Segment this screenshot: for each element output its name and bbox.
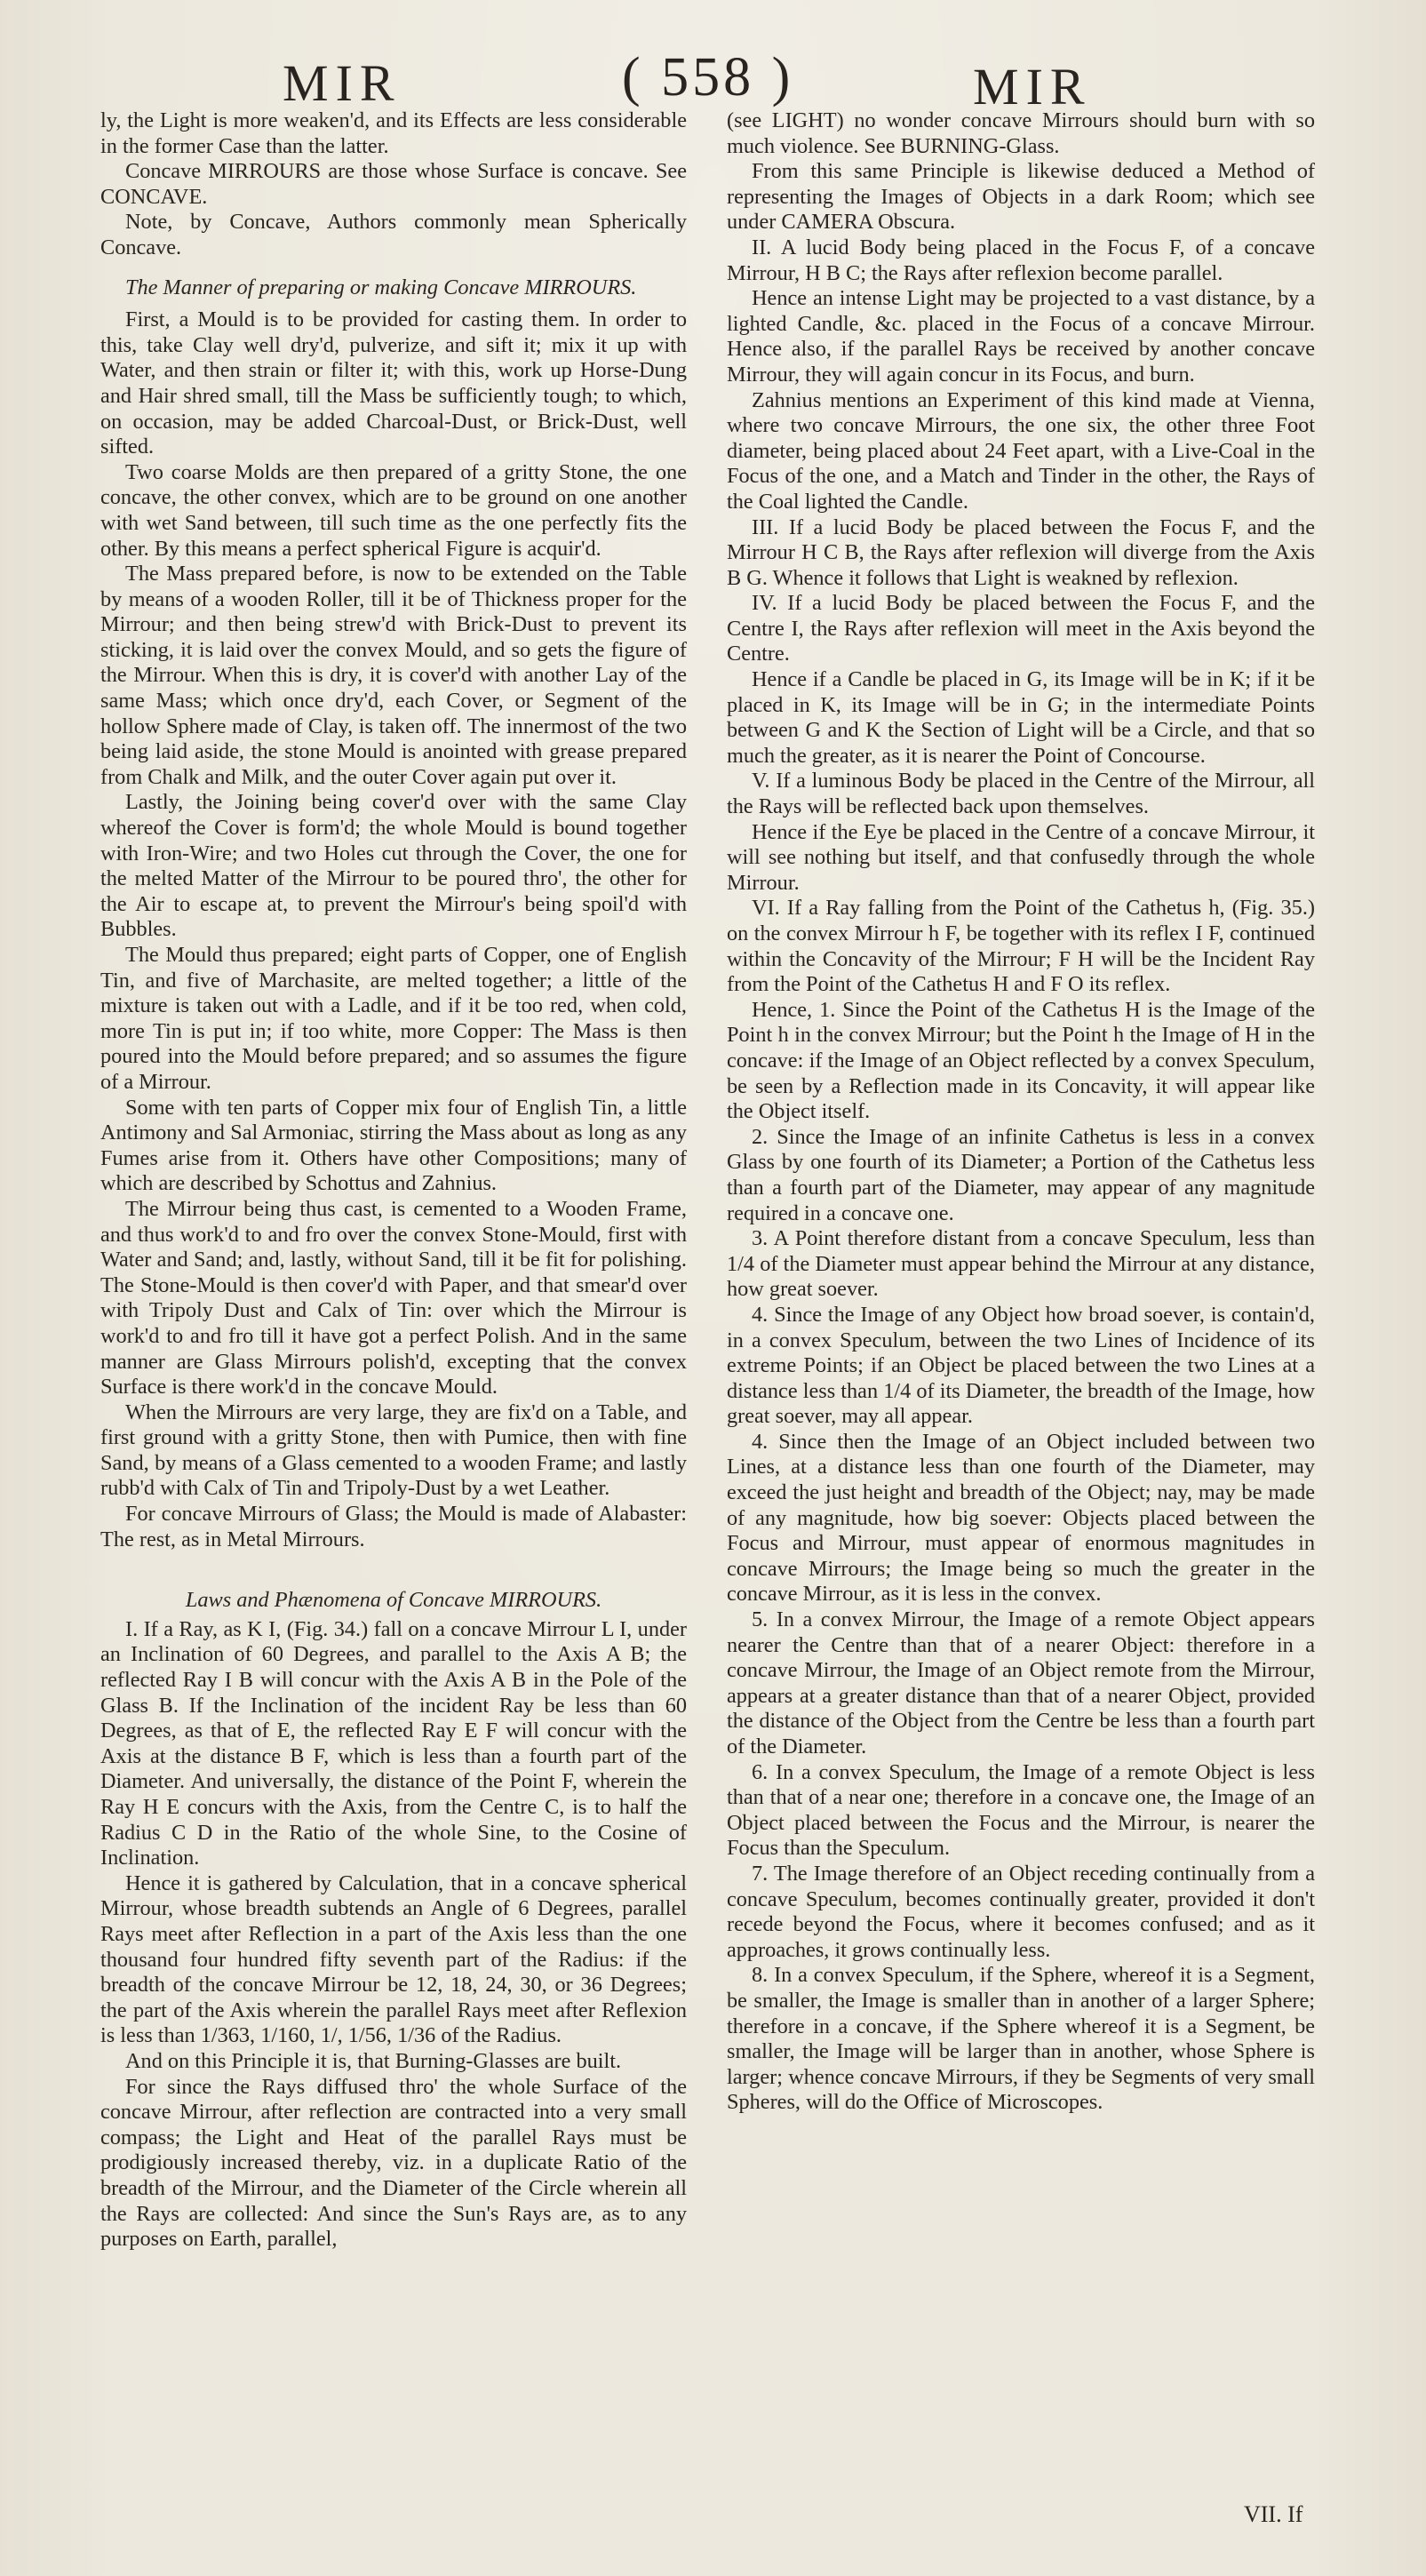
paragraph: I. If a Ray, as K I, (Fig. 34.) fall on … [100, 1617, 687, 1871]
paragraph: 4. Since the Image of any Object how bro… [727, 1303, 1315, 1430]
paragraph: Hence an intense Light may be projected … [727, 286, 1315, 387]
paragraph: Hence if a Candle be placed in G, its Im… [727, 667, 1315, 769]
paragraph: The Mass prepared before, is now to be e… [100, 562, 687, 790]
section-heading: The Manner of preparing or making Concav… [100, 275, 687, 301]
section-heading: Laws and Phænomena of Concave MIRROURS. [100, 1588, 687, 1614]
running-header: MIR ( 558 ) MIR [0, 46, 1426, 108]
header-left-word: MIR [283, 53, 402, 113]
paragraph: 7. The Image therefore of an Object rece… [727, 1862, 1315, 1963]
paragraph: IV. If a lucid Body be placed between th… [727, 591, 1315, 667]
paragraph: Note, by Concave, Authors commonly mean … [100, 210, 687, 260]
paragraph: Zahnius mentions an Experiment of this k… [727, 388, 1315, 515]
paragraph: For since the Rays diffused thro' the wh… [100, 2075, 687, 2253]
paragraph: Hence it is gathered by Calculation, tha… [100, 1871, 687, 2049]
left-column: ly, the Light is more weaken'd, and its … [100, 108, 687, 2253]
paragraph: From this same Principle is likewise ded… [727, 159, 1315, 235]
page-number: ( 558 ) [622, 46, 793, 109]
paragraph: V. If a luminous Body be placed in the C… [727, 769, 1315, 819]
right-column: (see LIGHT) no wonder concave Mirrours s… [727, 108, 1315, 2116]
paragraph: The Mirrour being thus cast, is cemented… [100, 1197, 687, 1400]
paragraph: ly, the Light is more weaken'd, and its … [100, 108, 687, 159]
paragraph: VI. If a Ray falling from the Point of t… [727, 896, 1315, 997]
paragraph: And on this Principle it is, that Burnin… [100, 2049, 687, 2075]
header-right-word: MIR [973, 57, 1092, 116]
paragraph: Two coarse Molds are then prepared of a … [100, 460, 687, 562]
paragraph: Some with ten parts of Copper mix four o… [100, 1096, 687, 1197]
paragraph: Hence if the Eye be placed in the Centre… [727, 820, 1315, 897]
paragraph: (see LIGHT) no wonder concave Mirrours s… [727, 108, 1315, 159]
paragraph: 4. Since then the Image of an Object inc… [727, 1430, 1315, 1607]
paragraph: The Mould thus prepared; eight parts of … [100, 943, 687, 1096]
paragraph: For concave Mirrours of Glass; the Mould… [100, 1502, 687, 1552]
paragraph: Concave MIRROURS are those whose Surface… [100, 159, 687, 210]
paragraph: 3. A Point therefore distant from a conc… [727, 1226, 1315, 1303]
paragraph: When the Mirrours are very large, they a… [100, 1400, 687, 1502]
paragraph: Lastly, the Joining being cover'd over w… [100, 790, 687, 943]
paragraph: 5. In a convex Mirrour, the Image of a r… [727, 1607, 1315, 1760]
catchword: VII. If [1244, 2501, 1303, 2528]
book-page: MIR ( 558 ) MIR ly, the Light is more we… [0, 0, 1426, 2576]
paragraph: First, a Mould is to be provided for cas… [100, 307, 687, 460]
paragraph: 8. In a convex Speculum, if the Sphere, … [727, 1963, 1315, 2116]
paragraph: II. A lucid Body being placed in the Foc… [727, 235, 1315, 286]
paragraph: III. If a lucid Body be placed between t… [727, 515, 1315, 592]
paragraph: 2. Since the Image of an infinite Cathet… [727, 1125, 1315, 1226]
paragraph: Hence, 1. Since the Point of the Cathetu… [727, 998, 1315, 1125]
paragraph: 6. In a convex Speculum, the Image of a … [727, 1760, 1315, 1862]
